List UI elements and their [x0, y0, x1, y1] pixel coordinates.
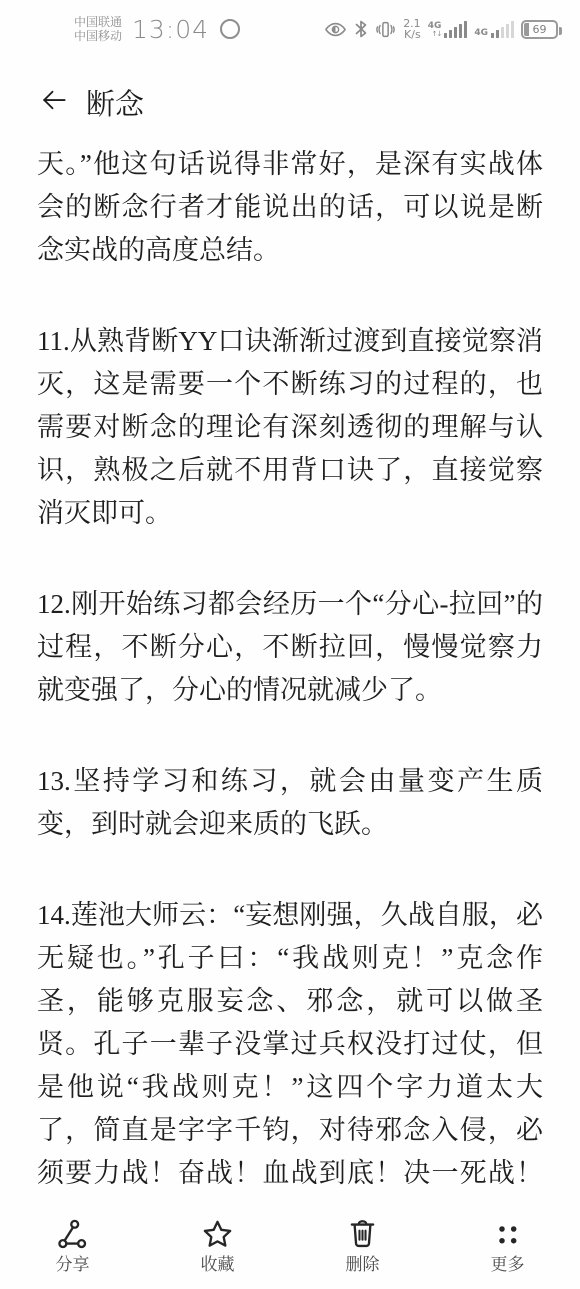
- more-button[interactable]: 更多: [435, 1218, 580, 1274]
- paragraph: 11.从熟背断YY口诀渐渐过渡到直接觉察消灭，这是需要一个不断练习的过程的，也需…: [37, 320, 543, 535]
- more-dots-icon: [491, 1218, 524, 1251]
- sim1-signal-bars-icon: [444, 21, 467, 38]
- network-speed: 2.1 K/s: [403, 18, 421, 40]
- delete-label: 删除: [346, 1256, 380, 1274]
- delete-button[interactable]: 删除: [290, 1218, 435, 1274]
- back-button[interactable]: [38, 86, 70, 118]
- trash-icon: [346, 1218, 379, 1251]
- paragraph: 14.莲池大师云：“妄想刚强，久战自服，必无疑也。”孔子曰：“我战则克！”克念作…: [37, 894, 543, 1201]
- bluetooth-icon: [354, 19, 368, 39]
- paragraph: 天。”他这句话说得非常好，是深有实战体会的断念行者才能说出的话，可以说是断念实战…: [37, 143, 543, 272]
- note-content: 天。”他这句话说得非常好，是深有实战体会的断念行者才能说出的话，可以说是断念实战…: [37, 143, 543, 1201]
- sim1-data-arrows-icon: ↑↓: [432, 31, 442, 38]
- share-label: 分享: [56, 1256, 90, 1274]
- sim2-signal-bars-icon: [491, 21, 514, 38]
- more-label: 更多: [491, 1256, 525, 1274]
- carrier-labels: 中国联通 中国移动: [74, 15, 122, 43]
- back-arrow-icon: [39, 85, 69, 120]
- bottom-toolbar: 分享 收藏 删除: [0, 1203, 580, 1289]
- screen: 中国联通 中国移动 13:04: [0, 0, 580, 1289]
- share-icon: [56, 1218, 89, 1251]
- paragraph: 13.坚持学习和练习，就会由量变产生质变，到时就会迎来质的飞跃。: [37, 760, 543, 846]
- sim2-signal: 4G: [474, 21, 514, 38]
- star-icon: [201, 1218, 234, 1251]
- status-left: 中国联通 中国移动 13:04: [74, 15, 240, 44]
- header: 断念: [0, 70, 580, 134]
- status-right: 2.1 K/s 4G ↑↓ 4G: [324, 18, 564, 41]
- paragraph: 12.刚开始练习都会经历一个“分心-拉回”的过程，不断分心，不断拉回，慢慢觉察力…: [37, 583, 543, 712]
- sim1-signal: 4G ↑↓: [428, 21, 468, 38]
- eye-comfort-icon: [324, 18, 347, 41]
- share-button[interactable]: 分享: [0, 1218, 145, 1274]
- vibrate-icon: [375, 19, 396, 40]
- favorite-label: 收藏: [201, 1256, 235, 1274]
- page-title: 断念: [86, 82, 144, 123]
- status-bar: 中国联通 中国移动 13:04: [0, 0, 580, 58]
- status-time: 13:04: [132, 15, 209, 44]
- carrier-1: 中国联通: [74, 15, 122, 29]
- favorite-button[interactable]: 收藏: [145, 1218, 290, 1274]
- battery-icon: 69: [521, 20, 558, 39]
- network-speed-unit: K/s: [403, 29, 421, 40]
- battery-percent: 69: [533, 23, 547, 36]
- sim2-network-type: 4G: [474, 29, 488, 38]
- alarm-icon: [220, 19, 240, 39]
- carrier-2: 中国移动: [74, 29, 122, 43]
